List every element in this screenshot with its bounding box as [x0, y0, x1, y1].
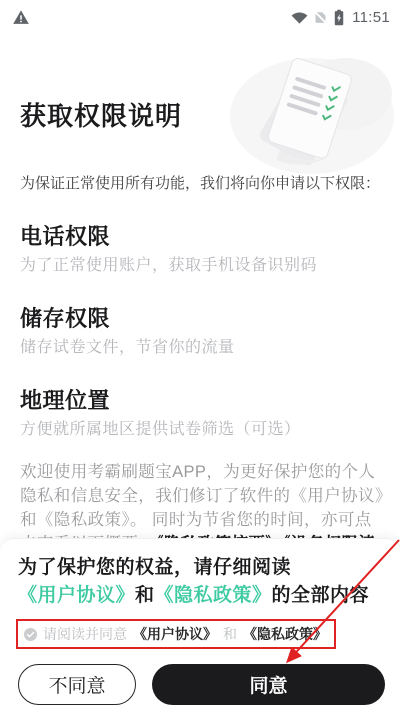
permission-name: 储存权限 [20, 306, 380, 332]
and-text: 和 [135, 585, 155, 606]
checkbox-privacy-link[interactable]: 《隐私政策》 [243, 624, 327, 644]
checkbox-prefix-text: 请阅读并同意 [43, 624, 127, 644]
suffix-text: 的全部内容 [272, 585, 370, 606]
battery-charging-icon [333, 9, 345, 26]
button-row: 不同意 同意 [18, 664, 385, 705]
permission-name: 电话权限 [20, 224, 380, 250]
checkbox-agreement-link[interactable]: 《用户协议》 [133, 624, 217, 644]
sheet-subtitle: 《用户协议》和《隐私政策》的全部内容 [18, 582, 385, 610]
permission-desc: 方便就所属地区提供试卷筛选（可选） [20, 419, 380, 440]
warning-triangle-icon [12, 9, 30, 26]
page-title: 获取权限说明 [20, 102, 400, 130]
permission-desc: 为了正常使用账户，获取手机设备识别码 [20, 255, 380, 276]
no-sim-icon [313, 10, 328, 25]
checkbox-and-text: 和 [223, 624, 237, 644]
permission-desc: 储存试卷文件，节省你的流量 [20, 337, 380, 358]
permission-section-storage: 储存权限 储存试卷文件，节省你的流量 [0, 306, 400, 358]
permission-section-phone: 电话权限 为了正常使用账户，获取手机设备识别码 [0, 224, 400, 276]
user-agreement-link[interactable]: 《用户协议》 [18, 585, 135, 606]
status-right-cluster: 11:51 [291, 9, 390, 26]
sheet-title: 为了保护您的权益，请仔细阅读 [18, 554, 385, 582]
agreement-checkbox[interactable] [24, 628, 37, 641]
permission-name: 地理位置 [20, 388, 380, 414]
permission-screen: 11:51 获取权限说明 为保证正常使用所有功能，我们将向你申请以下权限： 电话… [0, 0, 400, 711]
status-time: 11:51 [352, 9, 390, 26]
privacy-policy-link[interactable]: 《隐私政策》 [155, 585, 272, 606]
agreement-checkbox-row[interactable]: 请阅读并同意《用户协议》和《隐私政策》 [16, 619, 336, 649]
disagree-button[interactable]: 不同意 [18, 664, 136, 705]
permission-section-location: 地理位置 方便就所属地区提供试卷筛选（可选） [0, 388, 400, 440]
status-bar: 11:51 [0, 0, 400, 30]
wifi-icon [291, 10, 308, 24]
agreement-bottom-sheet: 为了保护您的权益，请仔细阅读 《用户协议》和《隐私政策》的全部内容 请阅读并同意… [0, 538, 400, 711]
agree-button[interactable]: 同意 [152, 664, 385, 705]
